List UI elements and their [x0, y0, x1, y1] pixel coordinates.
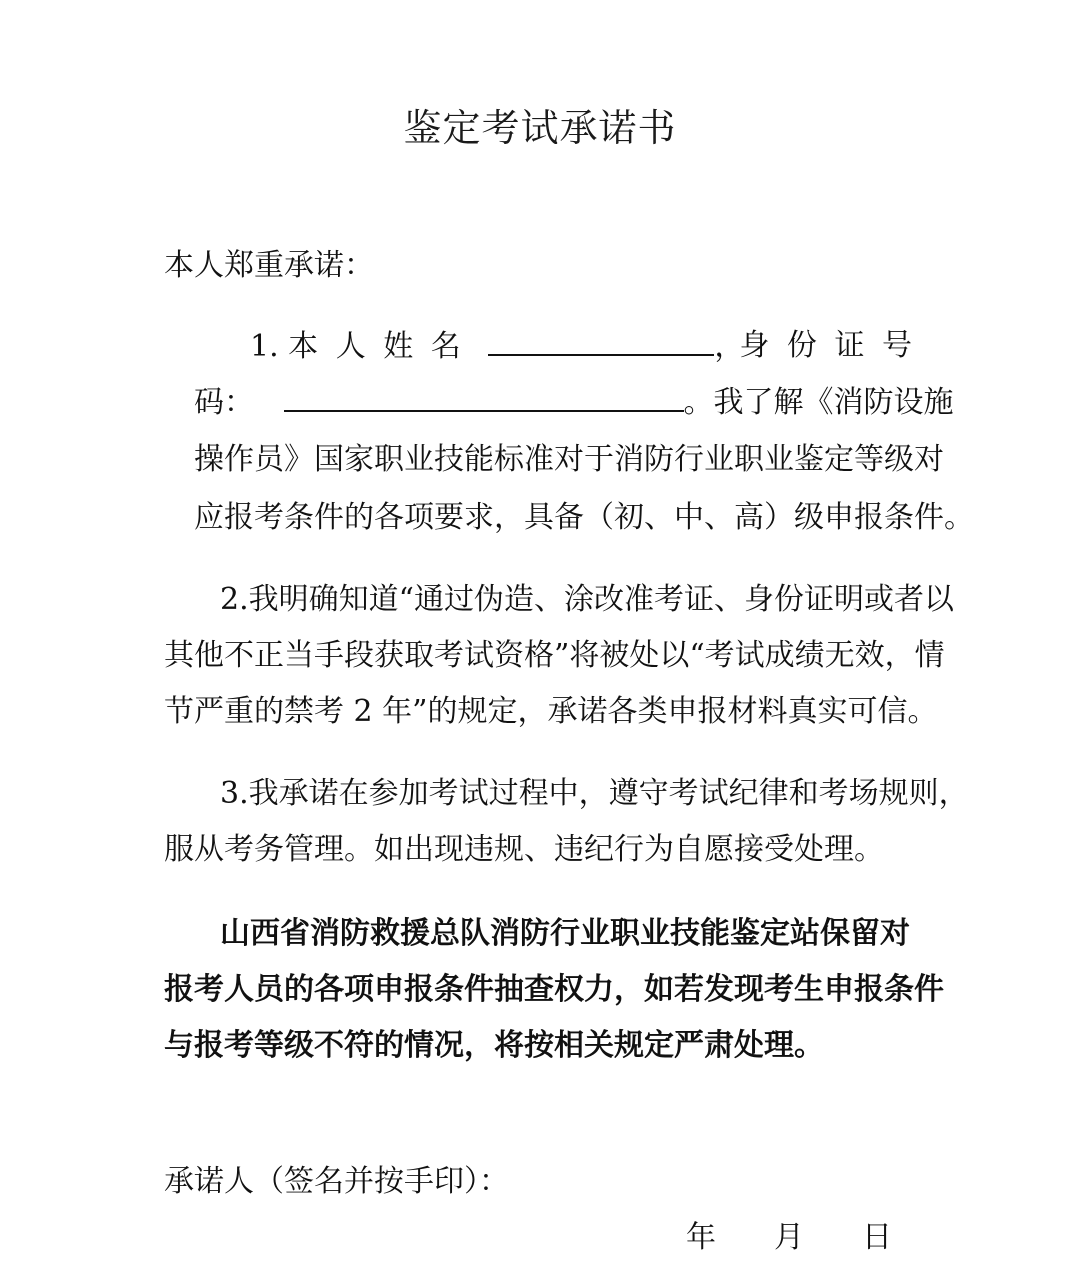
name-label: 本 人 姓 名: [288, 329, 465, 364]
date-month: 月: [774, 1218, 804, 1258]
item1-line1: 1. 本 人 姓 名 ， 身 份 证 号: [250, 326, 916, 367]
signature-label: 承诺人（签名并按手印）：: [164, 1162, 509, 1202]
item3-line1: 3.我承诺在参加考试过程中，遵守考试纪律和考场规则，: [220, 774, 969, 814]
item1-number: 1.: [250, 329, 279, 364]
notice-line1: 山西省消防救援总队消防行业职业技能鉴定站保留对: [220, 914, 910, 954]
notice-line2: 报考人员的各项申报条件抽查权力，如若发现考生申报条件: [164, 970, 944, 1010]
item3-line2: 服从考务管理。如出现违规、违纪行为自愿接受处理。: [164, 830, 884, 870]
item2-line3: 节严重的禁考 2 年”的规定，承诺各类申报材料真实可信。: [164, 692, 938, 732]
id-label-cont: 码：: [194, 385, 254, 420]
item1-line3: 操作员》国家职业技能标准对于消防行业职业鉴定等级对: [194, 440, 944, 480]
date-day: 日: [862, 1218, 892, 1258]
item2-line2: 其他不正当手段获取考试资格”将被处以“考试成绩无效，情: [164, 636, 945, 676]
id-number-field[interactable]: [284, 382, 684, 412]
intro-text: 本人郑重承诺：: [164, 246, 374, 286]
date-year: 年: [686, 1218, 716, 1258]
item1-text-a: 。我了解《消防设施: [684, 385, 954, 420]
page-title: 鉴定考试承诺书: [0, 104, 1080, 152]
item2-line1: 2.我明确知道“通过伪造、涂改准考证、身份证明或者以: [220, 580, 954, 620]
item1-line4: 应报考条件的各项要求，具备（初、中、高）级申报条件。: [194, 498, 974, 538]
notice-line3: 与报考等级不符的情况，将按相关规定严肃处理。: [164, 1026, 824, 1066]
name-field[interactable]: [488, 326, 714, 356]
id-label: 身 份 证 号: [739, 326, 916, 366]
item1-line2: 码： 。我了解《消防设施: [194, 382, 954, 423]
